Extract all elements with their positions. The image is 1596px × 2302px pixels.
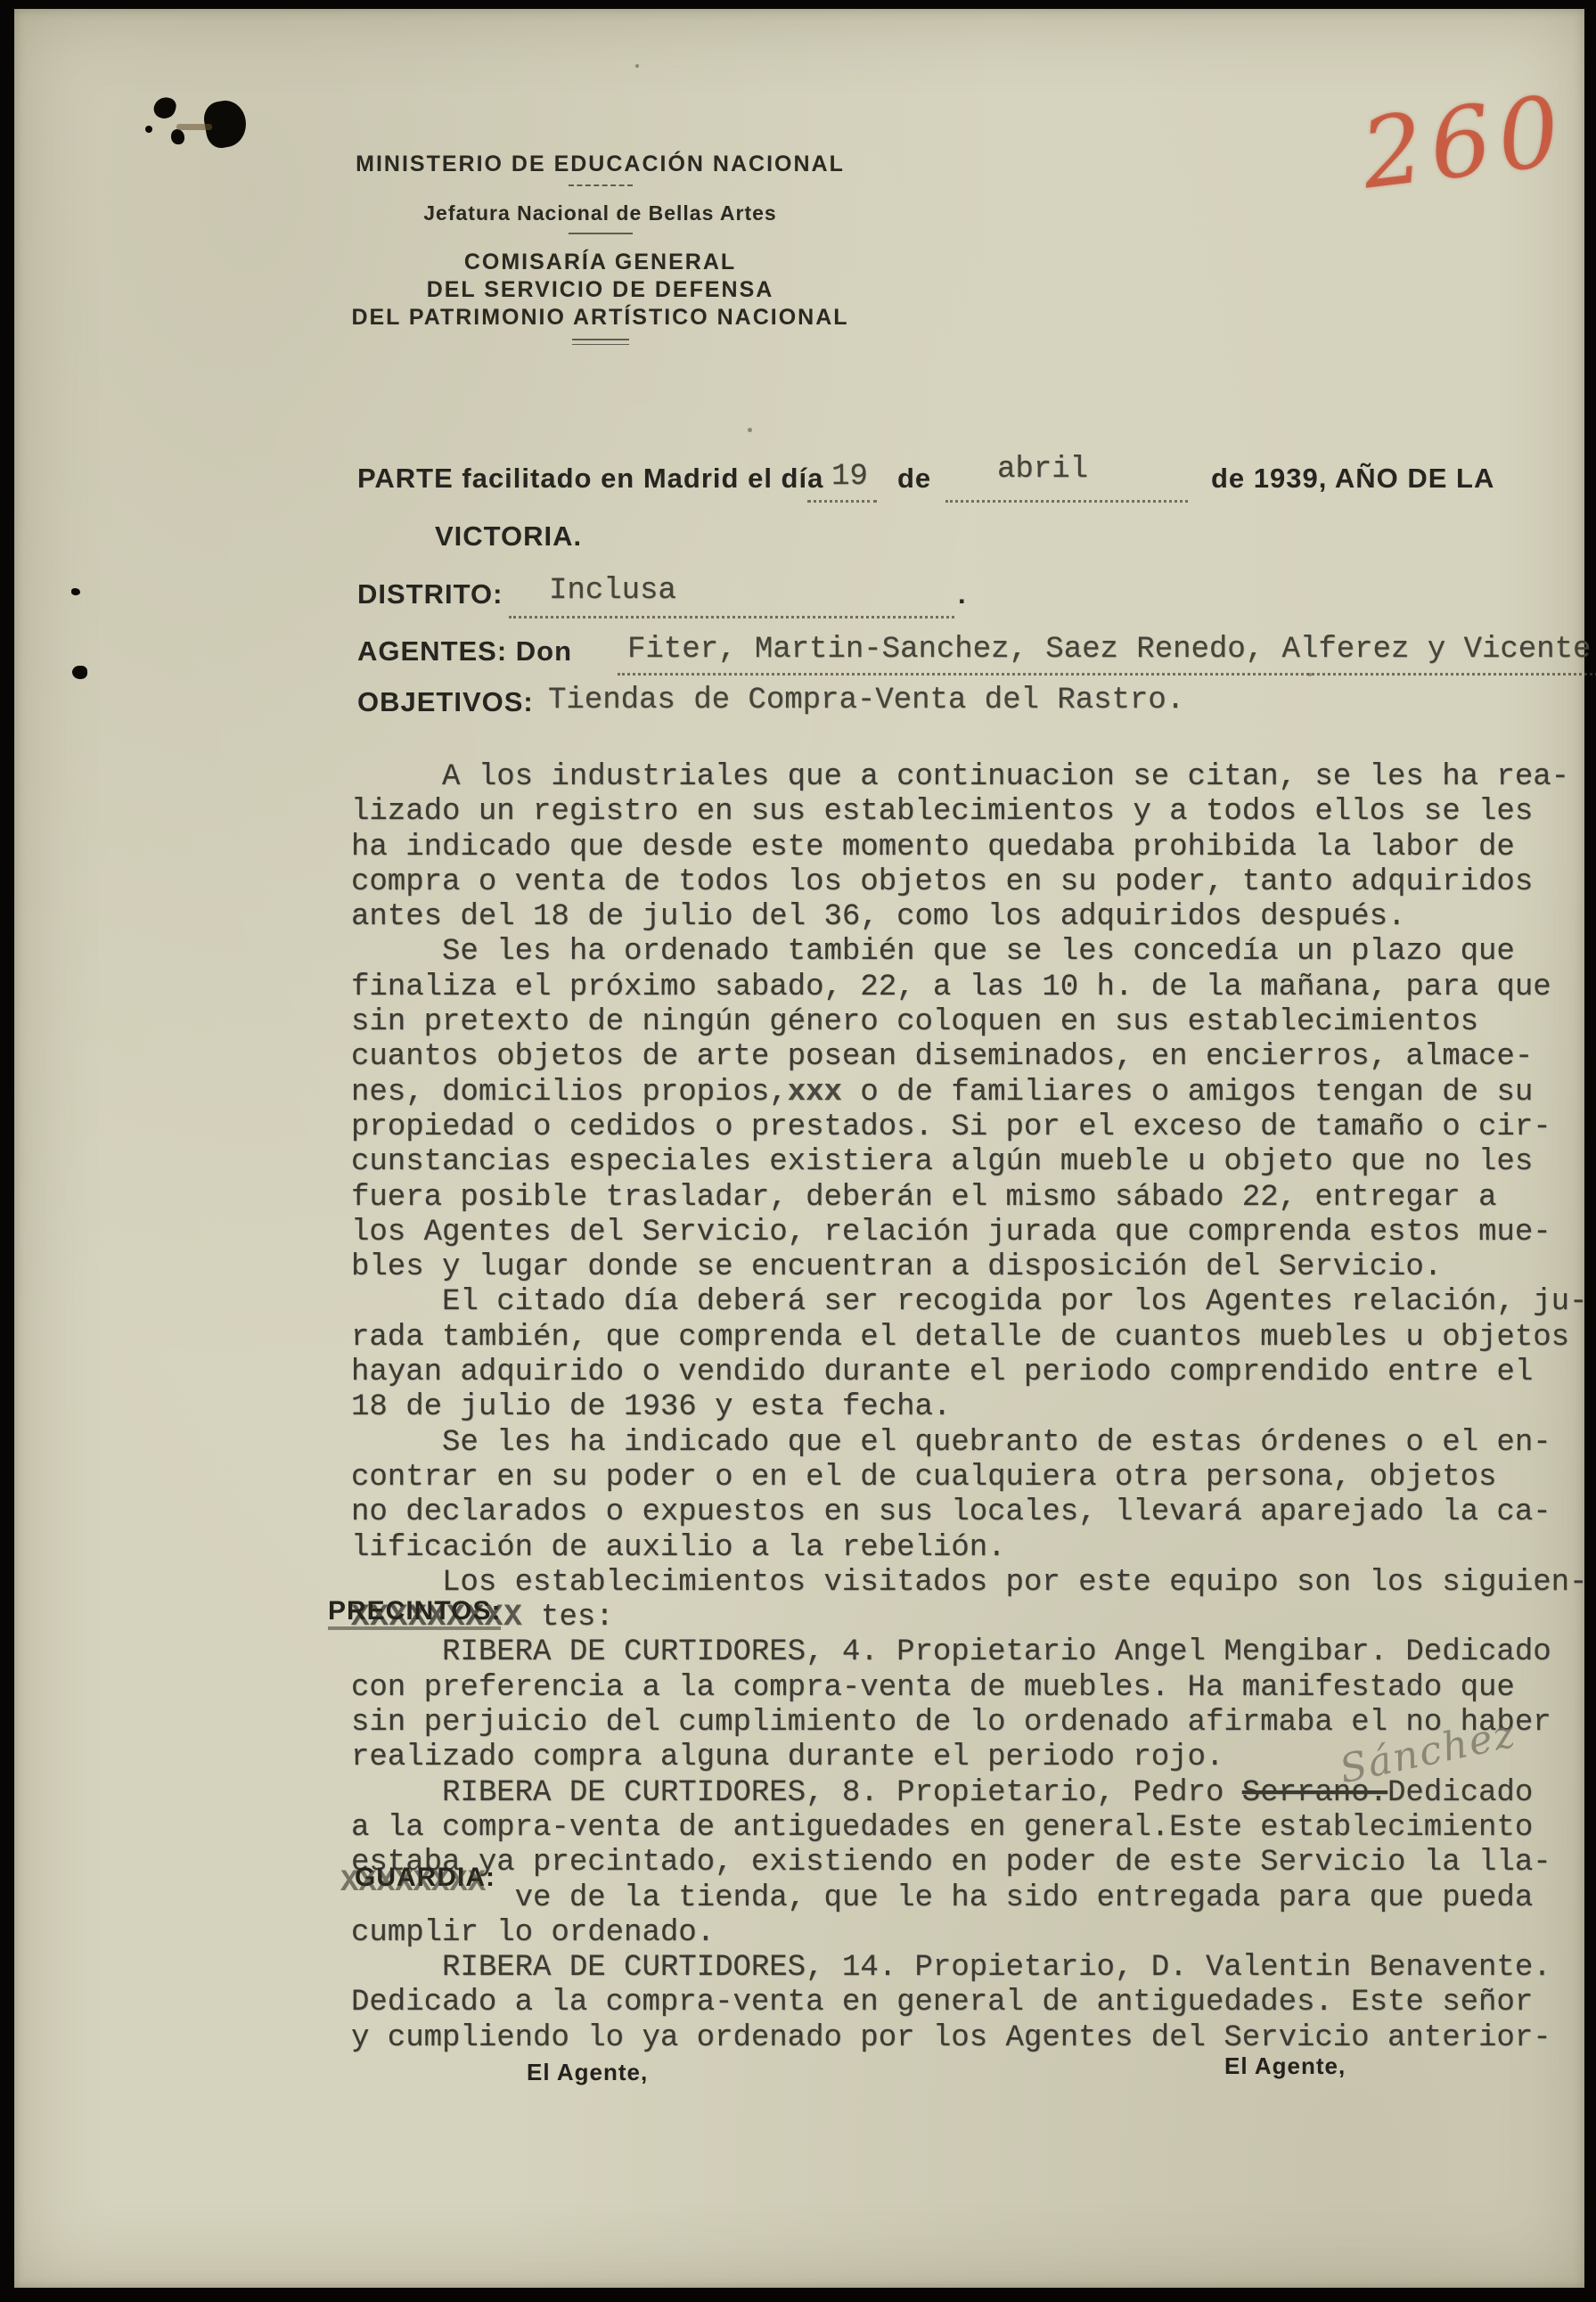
body-line: contrar en su poder o en el de cualquier… — [351, 1461, 1596, 1495]
body-line: RIBERA DE CURTIDORES, 4. Propietario Ang… — [351, 1635, 1596, 1670]
body-line: cuantos objetos de arte posean diseminad… — [351, 1040, 1596, 1075]
body-line: estaba ya precintado, existiendo en pode… — [351, 1846, 1596, 1880]
form-row-parte: PARTE facilitado en Madrid el día 19 de … — [357, 463, 1596, 520]
body-segment: tes: — [523, 1601, 614, 1634]
body-line: y cumpliendo lo ya ordenado por los Agen… — [351, 2021, 1596, 2056]
objetivos-label: OBJETIVOS: — [357, 686, 534, 718]
parte-prefix-label: PARTE facilitado en Madrid el día — [357, 463, 823, 495]
ink-blot — [171, 129, 184, 144]
body-line: El citado día deberá ser recogida por lo… — [351, 1285, 1596, 1320]
body-line: propiedad o cedidos o prestados. Si por … — [351, 1110, 1596, 1145]
ink-smear — [176, 124, 212, 130]
victoria-label: VICTORIA. — [435, 520, 582, 553]
body-line: lificación de auxilio a la rebelión. — [351, 1531, 1596, 1566]
body-line: nes, domicilios propios,xxx o de familia… — [351, 1076, 1596, 1110]
body-line: Dedicado a la compra-venta en general de… — [351, 1986, 1596, 2020]
dotted-leader — [945, 500, 1188, 503]
letterhead-jefatura: Jefatura Nacional de Bellas Artes — [344, 201, 856, 225]
body-line: A los industriales que a continuacion se… — [351, 760, 1596, 795]
body-line: cunstancias especiales existiera algún m… — [351, 1145, 1596, 1180]
body-line: con preferencia a la compra-venta de mue… — [351, 1671, 1596, 1706]
form-row-victoria: VICTORIA. — [435, 520, 1596, 578]
ink-blot — [151, 94, 177, 120]
letterhead-rule — [572, 339, 629, 345]
body-segment: Dedicado — [1387, 1776, 1533, 1810]
body-line: antes del 18 de julio del 36, como los a… — [351, 900, 1596, 935]
body-line: bles y lugar donde se encuentran a dispo… — [351, 1250, 1596, 1285]
letterhead-rule — [569, 184, 633, 186]
dotted-leader — [807, 500, 877, 503]
dotted-leader — [509, 616, 954, 619]
paper-speck — [635, 64, 639, 68]
body-line: a la compra-venta de antiguedades en gen… — [351, 1811, 1596, 1846]
scanned-document-page: { "annotations": { "folio_number": "260"… — [0, 0, 1596, 2302]
body-line: sin pretexto de ningún género coloquen e… — [351, 1005, 1596, 1040]
guardia-x-strikeover: XXXXXXXX — [340, 1866, 486, 1900]
body-line: los Agentes del Servicio, relación jurad… — [351, 1216, 1596, 1250]
body-line: 18 de julio de 1936 y esta fecha. — [351, 1390, 1596, 1425]
letterhead: MINISTERIO DE EDUCACIÓN NACIONAL Jefatur… — [344, 152, 856, 345]
letterhead-rule — [569, 233, 633, 234]
distrito-label: DISTRITO: — [357, 578, 503, 610]
letterhead-comisaria-line1: COMISARÍA GENERAL — [344, 249, 856, 276]
body-line: compra o venta de todos los objetos en s… — [351, 865, 1596, 900]
body-line: ve de la tienda, que le ha sido entregad… — [351, 1881, 1596, 1916]
objetivos-typed-value: Tiendas de Compra-Venta del Rastro. — [548, 684, 1184, 717]
month-typed-value: abril — [997, 453, 1088, 487]
document-page: 260 MINISTERIO DE EDUCACIÓN NACIONAL Jef… — [14, 9, 1584, 2288]
distrito-period: . — [958, 578, 967, 610]
body-line: RIBERA DE CURTIDORES, 8. Propietario, Pe… — [351, 1776, 1596, 1811]
body-line: Se les ha indicado que el quebranto de e… — [351, 1426, 1596, 1461]
letterhead-comisaria-line3: DEL PATRIMONIO ARTÍSTICO NACIONAL — [344, 304, 856, 332]
ink-dot — [71, 588, 80, 595]
body-line: fuera posible trasladar, deberán el mism… — [351, 1181, 1596, 1216]
agentes-typed-value: Fiter, Martin-Sanchez, Saez Renedo, Alfe… — [627, 633, 1591, 667]
letterhead-comisaria-line2: DEL SERVICIO DE DEFENSA — [344, 276, 856, 304]
distrito-typed-value: Inclusa — [549, 574, 676, 608]
letterhead-ministry: MINISTERIO DE EDUCACIÓN NACIONAL — [344, 152, 856, 177]
body-line: XXXXXXXXX tes: — [351, 1601, 1596, 1635]
ink-blot — [145, 126, 152, 133]
body-line: lizado un registro en sus establecimient… — [351, 795, 1596, 830]
folio-number-handwritten: 260 — [1355, 75, 1573, 210]
body-line: cumplir lo ordenado. — [351, 1916, 1596, 1951]
body-line: Se les ha ordenado también que se les co… — [351, 935, 1596, 970]
ink-dot — [72, 666, 87, 679]
body-line: no declarados o expuestos en sus locales… — [351, 1495, 1596, 1530]
body-line: rada también, que comprenda el detalle d… — [351, 1321, 1596, 1356]
signature-label-right: El Agente, — [1224, 2052, 1346, 2080]
body-line: finaliza el próximo sabado, 22, a las 10… — [351, 971, 1596, 1005]
body-segment: RIBERA DE CURTIDORES, 8. Propietario, Pe… — [351, 1776, 1242, 1810]
day-typed-value: 19 — [831, 460, 868, 494]
dotted-leader — [618, 673, 1596, 676]
signature-label-left: El Agente, — [527, 2059, 648, 2086]
form-row-distrito: DISTRITO: Inclusa . — [357, 578, 1596, 635]
body-line: hayan adquirido o vendido durante el per… — [351, 1356, 1596, 1390]
body-line: ha indicado que desde este momento queda… — [351, 831, 1596, 865]
body-segment: o de familiares o amigos tengan de su — [842, 1076, 1533, 1110]
letterhead-comisaria: COMISARÍA GENERAL DEL SERVICIO DE DEFENS… — [344, 249, 856, 332]
form-row-objetivos: OBJETIVOS: Tiendas de Compra-Venta del R… — [357, 686, 1596, 743]
paper-speck — [748, 428, 752, 432]
body-segment-xover: xxx — [788, 1076, 842, 1110]
precintos-label-overstruck: PRECINTOS: — [328, 1596, 501, 1630]
agentes-label: AGENTES: Don — [357, 635, 572, 668]
document-body: A los industriales que a continuacion se… — [351, 760, 1596, 2056]
de-label: de — [897, 463, 931, 495]
body-segment: nes, domicilios propios, — [351, 1076, 788, 1110]
parte-suffix-label: de 1939, AÑO DE LA — [1211, 463, 1494, 495]
body-line: Los establecimientos visitados por este … — [351, 1566, 1596, 1601]
body-line: RIBERA DE CURTIDORES, 14. Propietario, D… — [351, 1951, 1596, 1986]
